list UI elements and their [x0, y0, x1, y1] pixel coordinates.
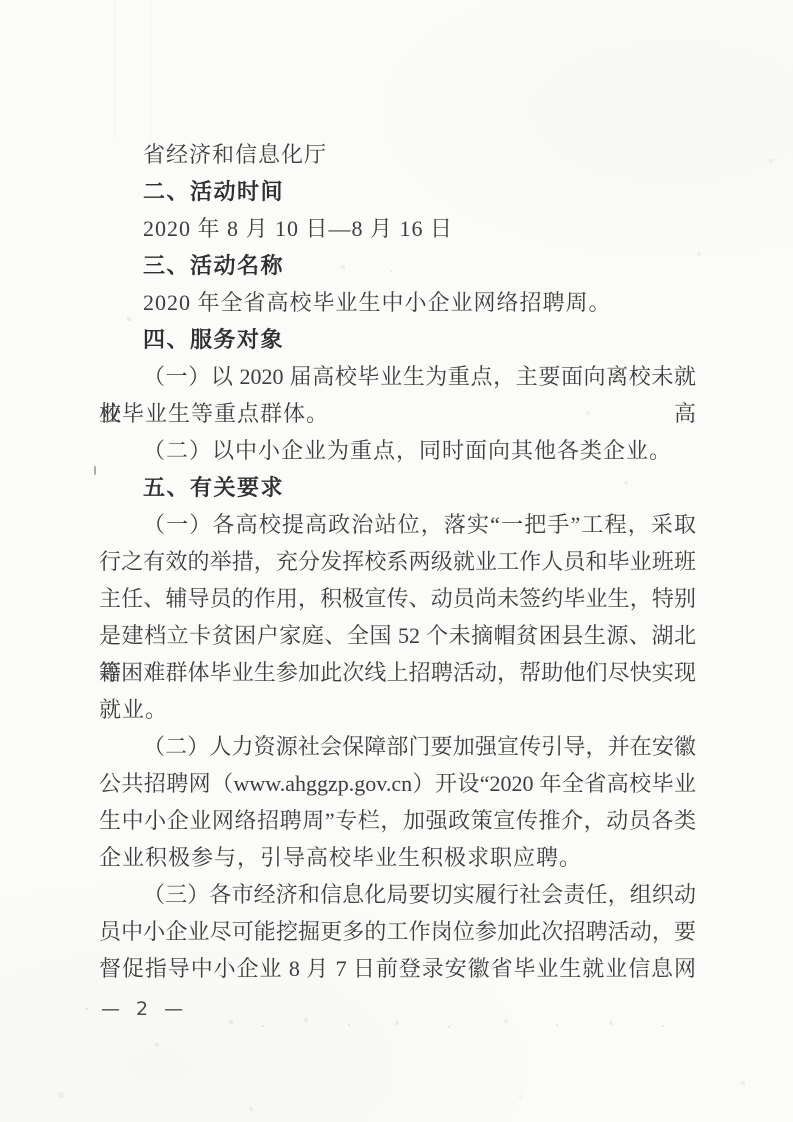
- text-line: 生中小企业网络招聘周”专栏，加强政策宣传推介，动员各类: [99, 802, 696, 839]
- text-line: 督促指导中小企业 8 月 7 日前登录安徽省毕业生就业信息网: [99, 950, 696, 987]
- scan-streak: [150, 0, 151, 140]
- text-line: （二）以中小企业为重点，同时面向其他各类企业。: [99, 432, 696, 469]
- text-line: 2020 年全省高校毕业生中小企业网络招聘周。: [99, 284, 696, 321]
- section-heading: 三、活动名称: [99, 247, 696, 284]
- document-body: 省经济和信息化厅二、活动时间2020 年 8 月 10 日—8 月 16 日三、…: [99, 136, 696, 987]
- scan-mark: [94, 466, 96, 475]
- text-line: （三）各市经济和信息化局要切实履行社会责任，组织动: [99, 876, 696, 913]
- text-line: 省经济和信息化厅: [99, 136, 696, 173]
- scan-streak: [114, 0, 115, 140]
- text-line: 等困难群体毕业生参加此次线上招聘活动，帮助他们尽快实现: [99, 654, 696, 691]
- text-line: 主任、辅导员的作用，积极宣传、动员尚未签约毕业生，特别: [99, 580, 696, 617]
- text-line: （一）各高校提高政治站位，落实“一把手”工程，采取: [99, 506, 696, 543]
- text-line: （二）人力资源社会保障部门要加强宣传引导，并在安徽: [99, 728, 696, 765]
- text-line: 是建档立卡贫困户家庭、全国 52 个未摘帽贫困县生源、湖北籍: [99, 617, 696, 654]
- text-line: 公共招聘网（www.ahggzp.gov.cn）开设“2020 年全省高校毕业: [99, 765, 696, 802]
- text-line: 员中小企业尽可能挖掘更多的工作岗位参加此次招聘活动，要: [99, 913, 696, 950]
- text-line: （一）以 2020 届高校毕业生为重点，主要面向离校未就业高: [99, 358, 696, 395]
- text-line: 2020 年 8 月 10 日—8 月 16 日: [99, 210, 696, 247]
- section-heading: 二、活动时间: [99, 173, 696, 210]
- text-line: 就业。: [99, 691, 696, 728]
- text-line: 企业积极参与，引导高校毕业生积极求职应聘。: [99, 839, 696, 876]
- section-heading: 四、服务对象: [99, 321, 696, 358]
- text-line: 行之有效的举措，充分发挥校系两级就业工作人员和毕业班班: [99, 543, 696, 580]
- scanned-document-page: 省经济和信息化厅二、活动时间2020 年 8 月 10 日—8 月 16 日三、…: [0, 0, 793, 1122]
- page-number: — 2 —: [101, 998, 188, 1020]
- scan-noise: [0, 0, 2, 2]
- section-heading: 五、有关要求: [99, 469, 696, 506]
